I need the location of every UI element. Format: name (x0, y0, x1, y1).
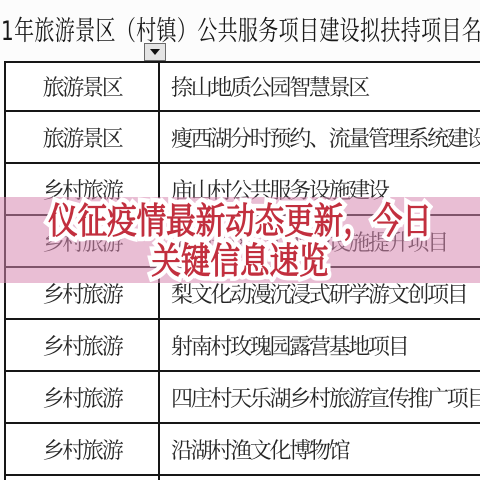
page-title: 1年旅游景区（村镇）公共服务项目建设拟扶持项目名 (1, 9, 480, 48)
category-cell: 乡村旅游 (6, 320, 160, 370)
headline-title: 仪征疫情最新动态更新，今日 关键信息速览 (0, 202, 480, 282)
table-row: 乡村旅游射南村玫瑰园露营基地项目 (6, 320, 480, 372)
table-row: 乡村旅游四庄村天乐湖乡村旅游宣传推广项目 (6, 372, 480, 424)
screenshot-root: 1年旅游景区（村镇）公共服务项目建设拟扶持项目名 旅游景区捺山地质公园智慧景区旅… (0, 0, 480, 480)
category-cell: 乡村旅游 (6, 372, 160, 422)
table-row: 旅游景区瘦西湖分时预约、流量管理系统建设 (6, 112, 480, 164)
table-row: 乡村旅游沿湖村渔文化博物馆 (6, 424, 480, 476)
project-cell: 射南村玫瑰园露营基地项目 (160, 320, 480, 370)
filter-dropdown-button[interactable] (144, 43, 166, 61)
category-cell: 旅游景区 (6, 63, 160, 110)
chevron-down-icon (150, 49, 160, 55)
category-cell: 旅游景区 (6, 112, 160, 162)
project-cell: 四庄村天乐湖乡村旅游宣传推广项目 (160, 372, 480, 422)
headline-line2: 关键信息速览 (43, 242, 437, 282)
category-cell: 乡村旅游 (6, 424, 160, 474)
table-row (6, 476, 480, 480)
table-row: 旅游景区捺山地质公园智慧景区 (6, 63, 480, 112)
headline-line1: 仪征疫情最新动态更新，今日 (43, 202, 437, 242)
category-cell (6, 476, 160, 480)
project-cell: 沿湖村渔文化博物馆 (160, 424, 480, 474)
project-cell: 捺山地质公园智慧景区 (160, 63, 480, 110)
project-cell (160, 476, 480, 480)
project-cell: 瘦西湖分时预约、流量管理系统建设 (160, 112, 480, 162)
